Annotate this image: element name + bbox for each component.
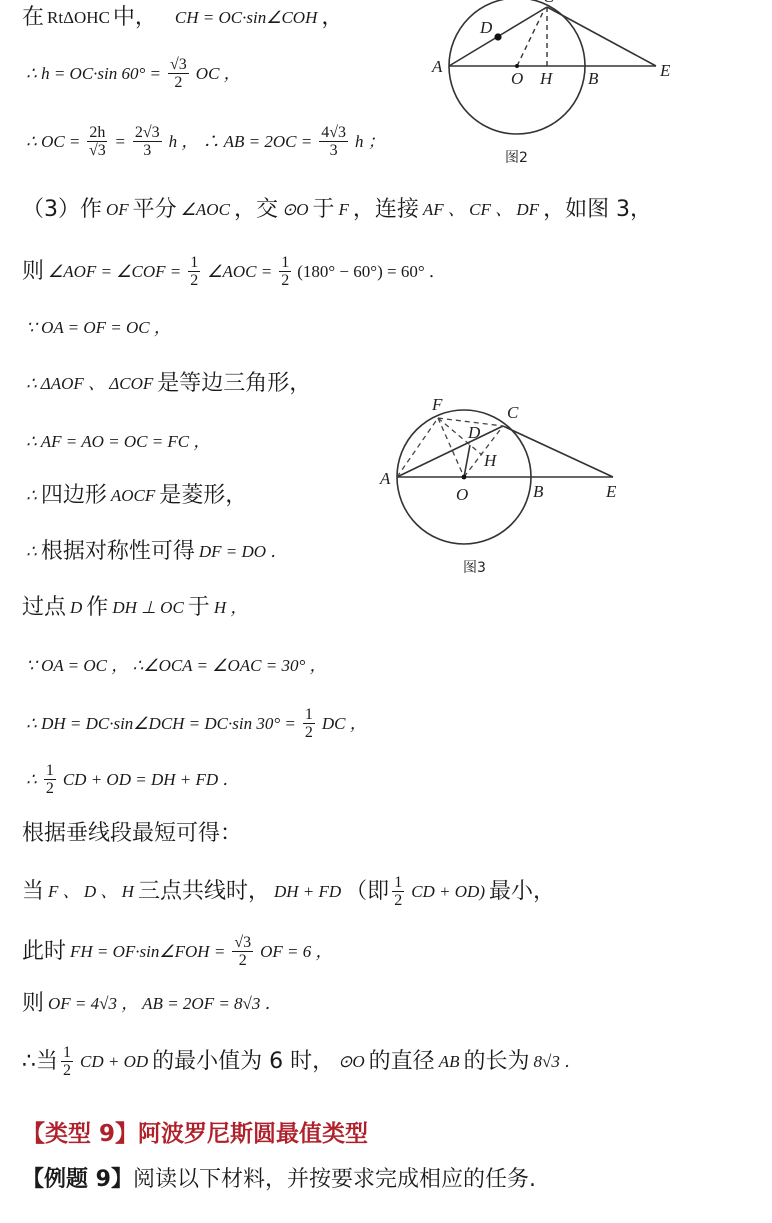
fraction: 12 <box>61 1044 73 1079</box>
line-rt-triangle: 在 RtΔOHC 中， CH = OC·sin∠COH ， <box>22 4 343 32</box>
text: 是等边三角形， <box>157 370 311 398</box>
fraction: 12 <box>303 706 315 741</box>
math: OF <box>106 196 129 224</box>
math: ∠AOC <box>181 196 230 224</box>
text: 三点共线时， <box>138 878 270 906</box>
heading-text: 【类型 9】阿波罗尼斯圆最值类型 <box>22 1120 368 1148</box>
numerator: 1 <box>61 1044 73 1062</box>
math: ∴ <box>26 766 37 794</box>
math: 8√3 ． <box>533 1048 581 1076</box>
fraction: 12 <box>188 254 200 289</box>
figure-2-caption: 图2 <box>505 150 528 166</box>
line-part3-intro: （3）作 OF 平分 ∠AOC ，交 ⊙O 于 F ，连接 AF 、 CF 、 … <box>22 196 652 224</box>
denominator: 3 <box>330 142 338 159</box>
math: F 、 D 、 H <box>48 878 134 906</box>
label-d: D <box>467 423 481 442</box>
math: F <box>339 196 349 224</box>
line-oca-oac: ∵ OA = OC ， ∴∠OCA = ∠OAC = 30° ， <box>22 652 331 680</box>
line-oc-formula: ∴ OC = 2h√3 = 2√33 h ， ∴ AB = 2OC = 4√33… <box>22 124 389 159</box>
denominator: 3 <box>143 142 151 159</box>
math: DC ， <box>322 710 367 738</box>
text: 的直径 <box>369 1048 435 1076</box>
text: 此时 <box>22 938 66 966</box>
line-symmetry: ∴ 根据对称性可得 DF = DO ． <box>22 538 291 566</box>
math: DH + FD <box>274 878 341 906</box>
math: h ， ∴ AB = 2OC = <box>169 128 313 156</box>
denominator: 2 <box>239 952 247 969</box>
example-label: 【例题 9】 <box>22 1166 133 1194</box>
math: CH = OC·sin∠COH <box>175 4 317 32</box>
fraction: 12 <box>279 254 291 289</box>
section-heading: 【类型 9】阿波罗尼斯圆最值类型 <box>22 1120 368 1148</box>
figure-3-diagram: A F C D H O B E 图3 <box>370 385 640 585</box>
label-b: B <box>533 482 544 501</box>
text: 在 <box>22 4 44 32</box>
text: 作 <box>86 594 108 622</box>
example-text: 阅读以下材料，并按要求完成相应的任务. <box>133 1166 536 1194</box>
text: 根据对称性可得 <box>41 538 195 566</box>
math: AOCF <box>111 482 155 510</box>
label-a: A <box>431 57 443 76</box>
line-fh: 此时 FH = OF·sin∠FOH = √32 OF = 6 ， <box>22 934 336 969</box>
label-h: H <box>483 451 498 470</box>
fraction: 2h√3 <box>87 124 107 159</box>
math: ∴ AF = AO = OC = FC ， <box>26 428 210 456</box>
text: 中， <box>113 4 157 32</box>
fraction: 12 <box>44 762 56 797</box>
denominator: 2 <box>305 724 313 741</box>
fraction: √32 <box>232 934 253 969</box>
text: 最小， <box>489 878 555 906</box>
numerator: 1 <box>392 874 404 892</box>
math: ∠AOC = <box>207 258 272 286</box>
text: ∴当 <box>22 1048 58 1076</box>
line-dh-dc: ∴ DH = DC·sin∠DCH = DC·sin 30° = 12 DC ， <box>22 706 371 741</box>
denominator: 2 <box>174 74 182 91</box>
text: 于 <box>188 594 210 622</box>
line-conclusion: ∴当 12 CD + OD 的最小值为 6 时， ⊙O 的直径 AB 的长为 8… <box>22 1044 585 1079</box>
text: 则 <box>22 990 44 1018</box>
line-collinear: 当 F 、 D 、 H 三点共线时， DH + FD （即 12 CD + OD… <box>22 874 555 909</box>
math: CD + OD) <box>411 878 485 906</box>
math: DH ⊥ OC <box>112 594 183 622</box>
fraction: √32 <box>168 56 189 91</box>
math: ⊙O <box>282 196 309 224</box>
label-o: O <box>511 69 523 88</box>
math: AB <box>439 1048 460 1076</box>
math: OF = 4√3 ， AB = 2OF = 8√3 ． <box>48 990 282 1018</box>
math: FH = OF·sin∠FOH = <box>70 938 225 966</box>
label-c: C <box>507 403 519 422</box>
line-rhombus: ∴ 四边形 AOCF 是菱形， <box>22 482 247 510</box>
math: D <box>70 594 82 622</box>
label-b: B <box>588 69 599 88</box>
line-oa-of-oc: ∵ OA = OF = OC ， <box>22 314 175 342</box>
example-line: 【例题 9】 阅读以下材料，并按要求完成相应的任务. <box>22 1166 536 1194</box>
text: 则 <box>22 258 44 286</box>
label-d: D <box>479 18 493 37</box>
math: ∴ <box>26 538 37 566</box>
math: ∵ OA = OC ， ∴∠OCA = ∠OAC = 30° ， <box>26 652 327 680</box>
label-f: F <box>431 395 443 414</box>
numerator: √3 <box>232 934 253 952</box>
line-angle-aof: 则 ∠AOF = ∠COF = 12 ∠AOC = 12 (180° − 60°… <box>22 254 449 289</box>
numerator: 1 <box>44 762 56 780</box>
math: RtΔOHC <box>47 4 110 32</box>
math: h ； <box>355 128 385 156</box>
math: ∵ OA = OF = OC ， <box>26 314 171 342</box>
label-c: C <box>543 0 555 6</box>
label-o: O <box>456 485 468 504</box>
line-half-cd: ∴ 12 CD + OD = DH + FD ． <box>22 762 243 797</box>
text: 平分 <box>133 196 177 224</box>
text: （即 <box>345 878 389 906</box>
text: ，如图 3， <box>543 196 652 224</box>
line-of-ab: 则 OF = 4√3 ， AB = 2OF = 8√3 ． <box>22 990 286 1018</box>
text: 于 <box>312 196 334 224</box>
fraction: 4√33 <box>319 124 348 159</box>
numerator: 2h <box>87 124 107 142</box>
label-a: A <box>379 469 391 488</box>
math: ⊙O <box>338 1048 365 1076</box>
label-h: H <box>539 69 554 88</box>
denominator: 2 <box>190 272 198 289</box>
numerator: 4√3 <box>319 124 348 142</box>
math: OC ， <box>196 60 241 88</box>
text: ，连接 <box>353 196 419 224</box>
text: 是菱形， <box>159 482 247 510</box>
fraction: 2√33 <box>133 124 162 159</box>
denominator: 2 <box>281 272 289 289</box>
numerator: √3 <box>168 56 189 74</box>
text: 根据垂线段最短可得： <box>22 820 242 848</box>
math: CD + OD <box>80 1048 148 1076</box>
text: 过点 <box>22 594 66 622</box>
math: DF = DO ． <box>199 538 287 566</box>
denominator: 2 <box>394 892 402 909</box>
numerator: 1 <box>303 706 315 724</box>
denominator: 2 <box>46 780 54 797</box>
line-perpendicular-shortest: 根据垂线段最短可得： <box>22 820 242 848</box>
line-dh-perp: 过点 D 作 DH ⊥ OC 于 H ， <box>22 594 251 622</box>
numerator: 2√3 <box>133 124 162 142</box>
math: AF 、 CF 、 DF <box>423 196 539 224</box>
text: ，交 <box>234 196 278 224</box>
math: ∴ OC = <box>26 128 80 156</box>
text: 当 <box>22 878 44 906</box>
text: ， <box>321 4 343 32</box>
math: OF = 6 ， <box>260 938 332 966</box>
fraction: 12 <box>392 874 404 909</box>
math: H ， <box>214 594 248 622</box>
numerator: 1 <box>188 254 200 272</box>
line-af-ao: ∴ AF = AO = OC = FC ， <box>22 428 214 456</box>
math: ∴ h = OC·sin 60° = <box>26 60 161 88</box>
math: ∠AOF = ∠COF = <box>48 258 181 286</box>
text: 四边形 <box>41 482 107 510</box>
text: （3）作 <box>22 196 102 224</box>
label-e: E <box>659 61 671 80</box>
math: = <box>114 128 125 156</box>
text: 的最小值为 6 时， <box>152 1048 334 1076</box>
line-h-formula: ∴ h = OC·sin 60° = √32 OC ， <box>22 56 245 91</box>
denominator: 2 <box>63 1062 71 1079</box>
numerator: 1 <box>279 254 291 272</box>
line-equilateral: ∴ ΔAOF 、 ΔCOF 是等边三角形， <box>22 370 311 398</box>
math: ∴ DH = DC·sin∠DCH = DC·sin 30° = <box>26 710 296 738</box>
math: CD + OD = DH + FD ． <box>63 766 240 794</box>
figure-3-caption: 图3 <box>463 560 486 576</box>
figure-2-diagram: A D O H B E C 图2 <box>420 0 690 170</box>
math: ∴ <box>26 482 37 510</box>
label-e: E <box>605 482 617 501</box>
math: (180° − 60°) = 60° ． <box>297 258 446 286</box>
denominator: √3 <box>89 142 106 159</box>
math: ∴ ΔAOF 、 ΔCOF <box>26 370 153 398</box>
text: 的长为 <box>463 1048 529 1076</box>
